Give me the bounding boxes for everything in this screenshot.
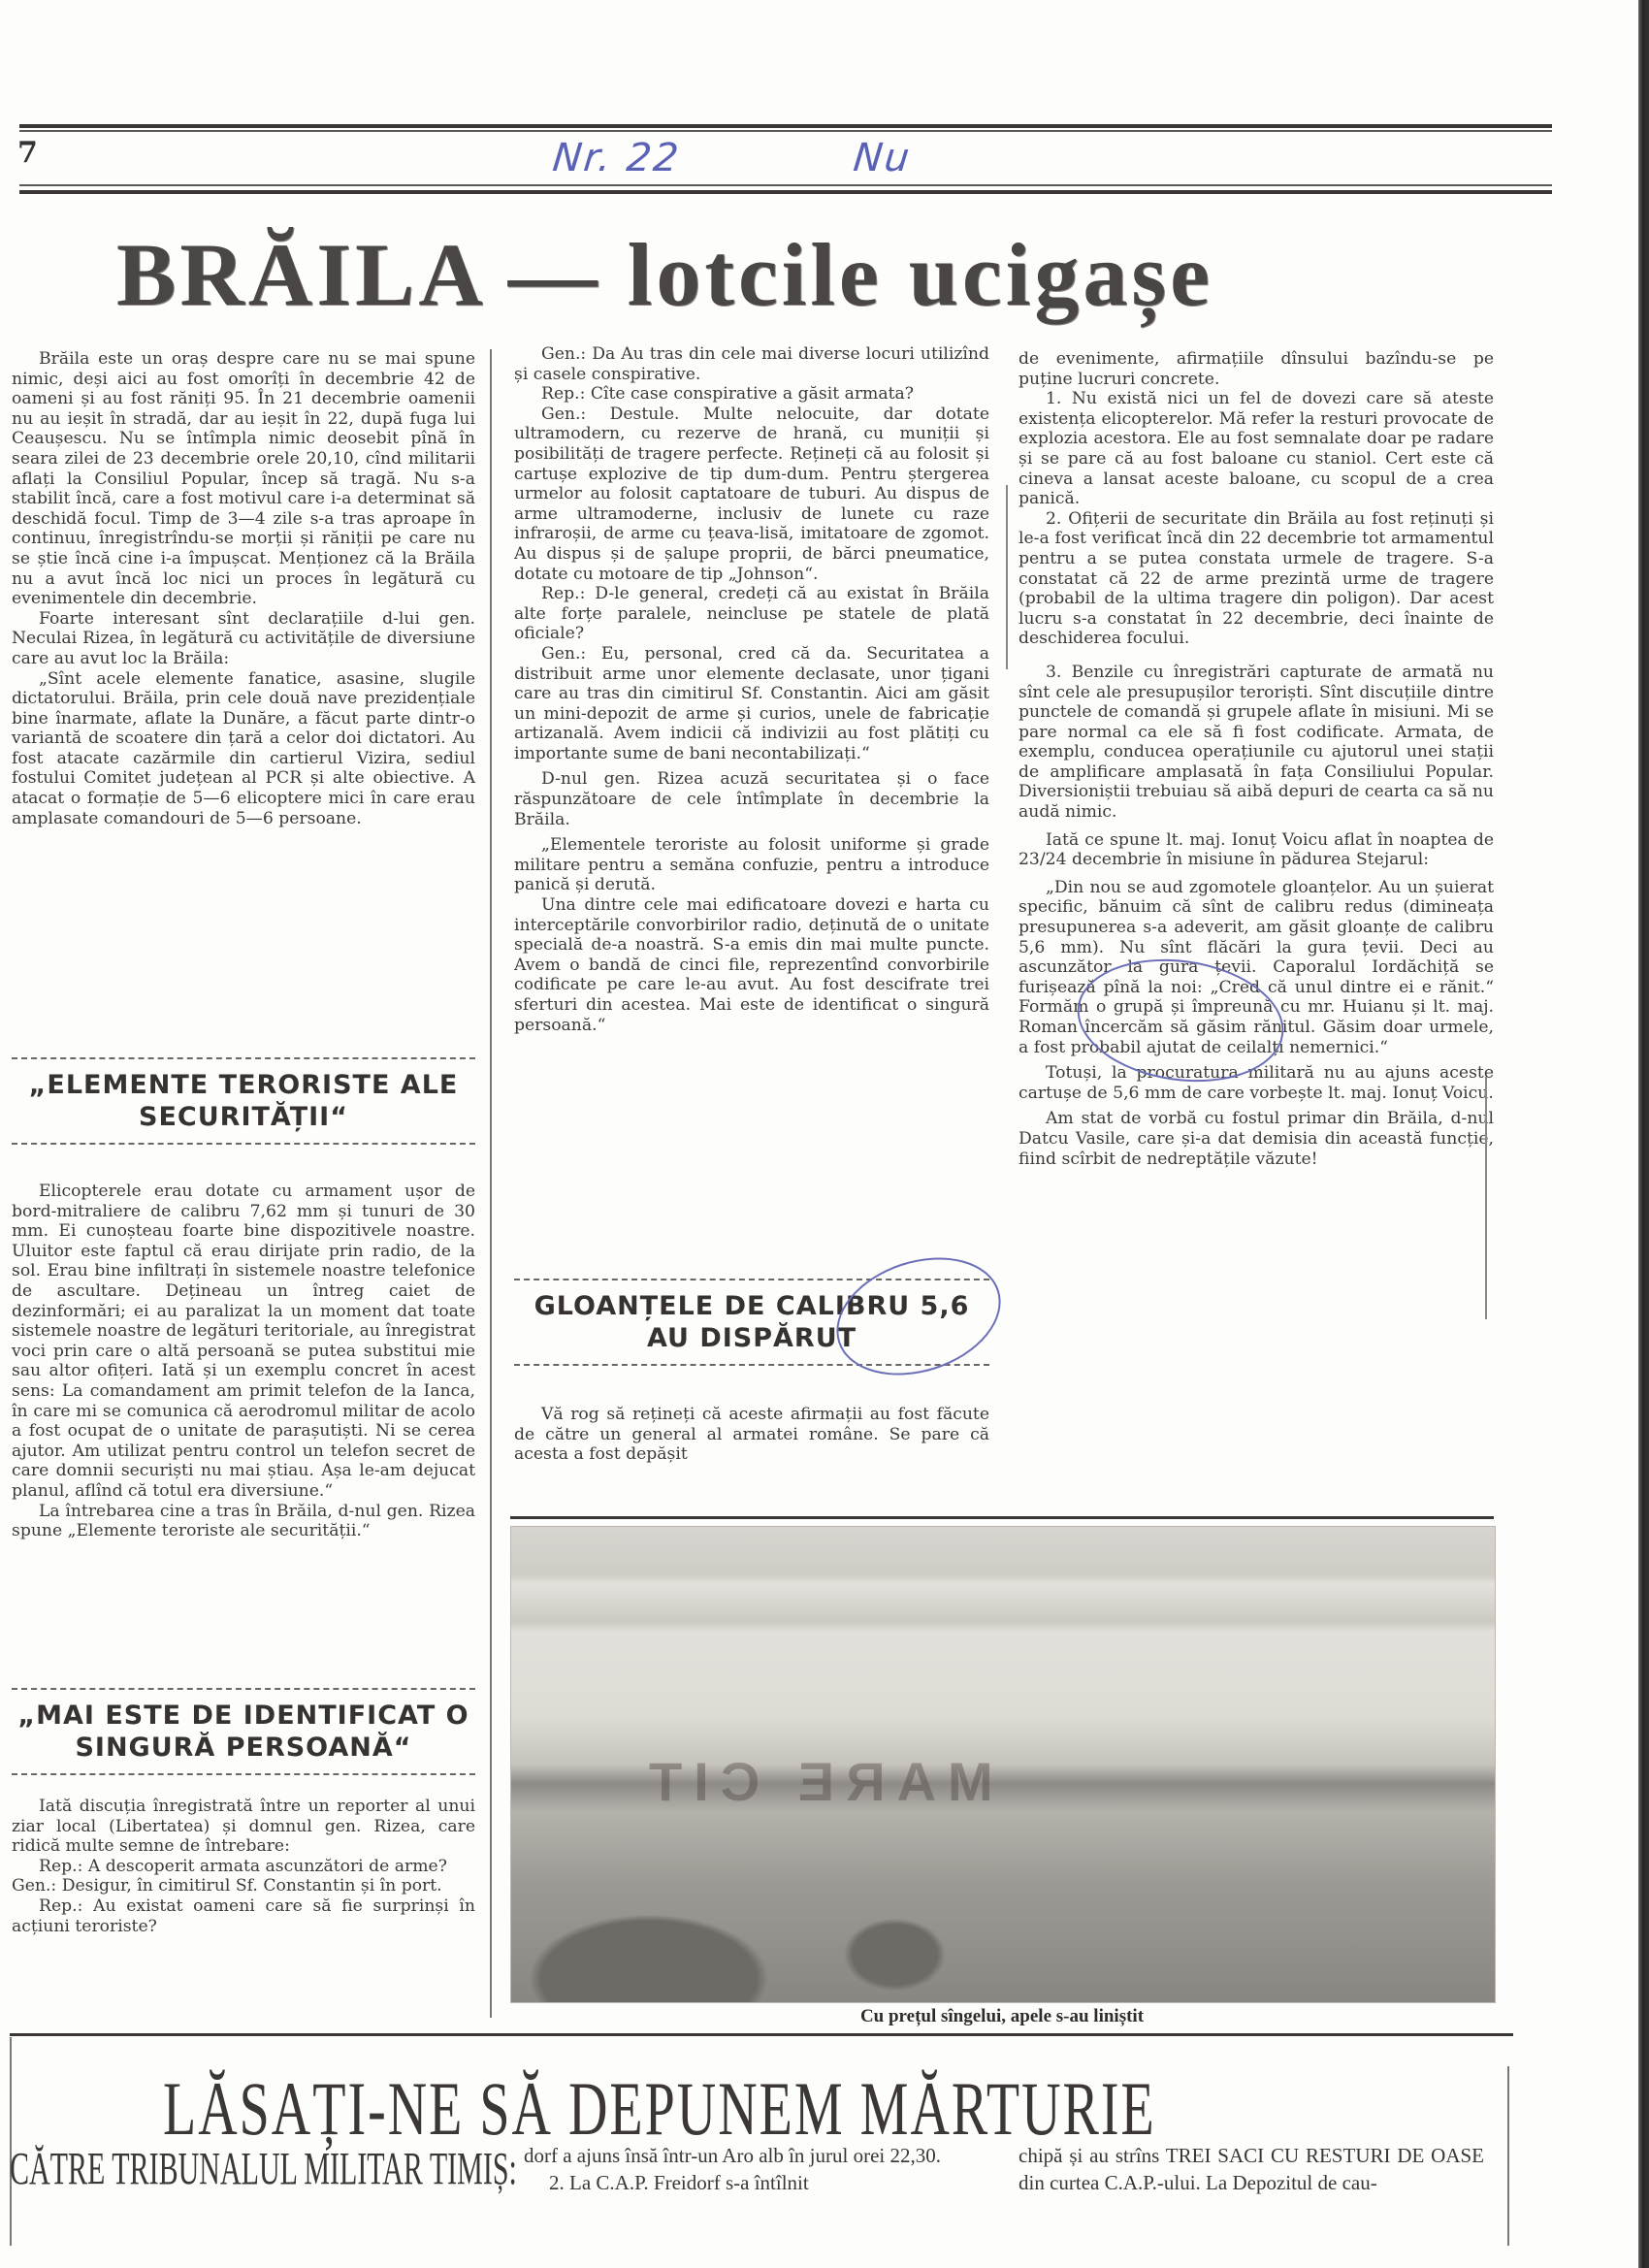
pen-circle-annotation <box>822 1238 1017 1395</box>
article-column-1-part-2: Elicopterele erau dotate cu armament ușo… <box>12 1182 475 1541</box>
article-column-1-part-3: Iată discuția înregistrată între un repo… <box>12 1797 475 1936</box>
paragraph: 3. Benzile cu înregistrări capturate de … <box>1018 663 1494 823</box>
subheading-singura-persoana: „MAI ESTE DE IDENTIFICAT O SINGURĂ PERSO… <box>12 1688 475 1775</box>
paragraph: de evenimente, afirmațiile dînsului bazî… <box>1018 349 1494 389</box>
paragraph: Totuși, la procuratura militară nu au aj… <box>1018 1063 1494 1103</box>
news-photo: MARE CIT <box>510 1526 1496 2003</box>
paragraph: „Elementele teroriste au folosit uniform… <box>514 835 989 895</box>
paragraph: Elicopterele erau dotate cu armament ușo… <box>12 1182 475 1502</box>
second-article-side-heading: CĂTRE TRIBUNALUL MILITAR TIMIȘ: <box>10 2144 517 2196</box>
header-rule-top-thin <box>19 130 1552 132</box>
paragraph: Rep.: Cîte case conspirative a găsit arm… <box>514 384 989 405</box>
second-article-column-a: dorf a ajuns însă într-un Aro alb în jur… <box>524 2142 980 2196</box>
box-right-border <box>1507 2066 1509 2246</box>
paragraph: Rep.: D-le general, credeți că au exista… <box>514 584 989 644</box>
margin-mark-2 <box>1485 1077 1487 1319</box>
page-number: 7 <box>17 136 38 170</box>
photo-top-rule <box>510 1516 1494 1519</box>
paragraph: Rep.: A descoperit armata ascunzători de… <box>12 1857 475 1877</box>
subheading-elemente-teroriste: „ELEMENTE TERORISTE ALE SECURITĂȚII“ <box>12 1057 475 1145</box>
header-rule-bottom <box>19 190 1552 194</box>
paragraph: dorf a ajuns însă într-un Aro alb în jur… <box>524 2142 980 2169</box>
photo-caption: Cu prețul sîngelui, apele s-au liniștit <box>510 2006 1494 2027</box>
paragraph: Gen.: Eu, personal, cred că da. Securita… <box>514 644 989 764</box>
second-article-headline: LĂSAȚI-NE SĂ DEPUNEM MĂRTURIE <box>163 2066 1156 2154</box>
box-left-border <box>10 2037 12 2246</box>
paragraph: 2. La C.A.P. Freidorf s-a întîlnit <box>524 2169 980 2196</box>
handwritten-note-nu: Nu <box>852 136 914 180</box>
header-rule-bottom-thin <box>19 184 1552 186</box>
article-headline: BRĂILA — lotcile ucigașe <box>116 223 1377 326</box>
scanner-edge <box>1638 0 1649 2268</box>
photo-mirrored-sign: MARE CIT <box>637 1750 993 1813</box>
header-rule-top <box>19 124 1552 128</box>
second-article-rule <box>10 2033 1513 2036</box>
paragraph: Gen.: Desigur, în cimitirul Sf. Constant… <box>12 1876 475 1896</box>
subheading-text: „MAI ESTE DE IDENTIFICAT O SINGURĂ PERSO… <box>12 1700 475 1764</box>
article-column-2-part-2: Vă rog să rețineți că aceste afirmații a… <box>514 1405 989 1465</box>
paragraph: chipă și au strîns TREI SACI CU RESTURI … <box>1018 2142 1484 2196</box>
paragraph: Iată discuția înregistrată între un repo… <box>12 1797 475 1857</box>
paragraph: D-nul gen. Rizea acuză securitatea și o … <box>514 769 989 829</box>
column-divider-1 <box>490 349 492 2018</box>
paragraph: Una dintre cele mai edificatoare dovezi … <box>514 895 989 1035</box>
second-article-column-b: chipă și au strîns TREI SACI CU RESTURI … <box>1018 2142 1484 2196</box>
paragraph: Rep.: Au existat oameni care să fie surp… <box>12 1896 475 1936</box>
paragraph: Brăila este un oraș despre care nu se ma… <box>12 349 475 609</box>
paragraph: Gen.: Destule. Multe nelocuite, dar dota… <box>514 405 989 584</box>
article-column-2: Gen.: Da Au tras din cele mai diverse lo… <box>514 344 989 1035</box>
margin-mark <box>1006 485 1008 669</box>
paragraph: Gen.: Da Au tras din cele mai diverse lo… <box>514 344 989 384</box>
paragraph: Am stat de vorbă cu fostul primar din Br… <box>1018 1109 1494 1169</box>
handwritten-note-number: Nr. 22 <box>551 136 683 180</box>
paragraph: „Sînt acele elemente fanatice, asasine, … <box>12 669 475 829</box>
paragraph: La întrebarea cine a tras în Brăila, d-n… <box>12 1502 475 1541</box>
paragraph: Iată ce spune lt. maj. Ionuț Voicu aflat… <box>1018 830 1494 870</box>
paragraph: 2. Ofițerii de securitate din Brăila au … <box>1018 509 1494 649</box>
paragraph: Vă rog să rețineți că aceste afirmații a… <box>514 1405 989 1465</box>
subheading-text: „ELEMENTE TERORISTE ALE SECURITĂȚII“ <box>12 1069 475 1133</box>
article-column-1: Brăila este un oraș despre care nu se ma… <box>12 349 475 828</box>
paragraph: Foarte interesant sînt declarațiile d-lu… <box>12 609 475 669</box>
paragraph: 1. Nu există nici un fel de dovezi care … <box>1018 389 1494 509</box>
